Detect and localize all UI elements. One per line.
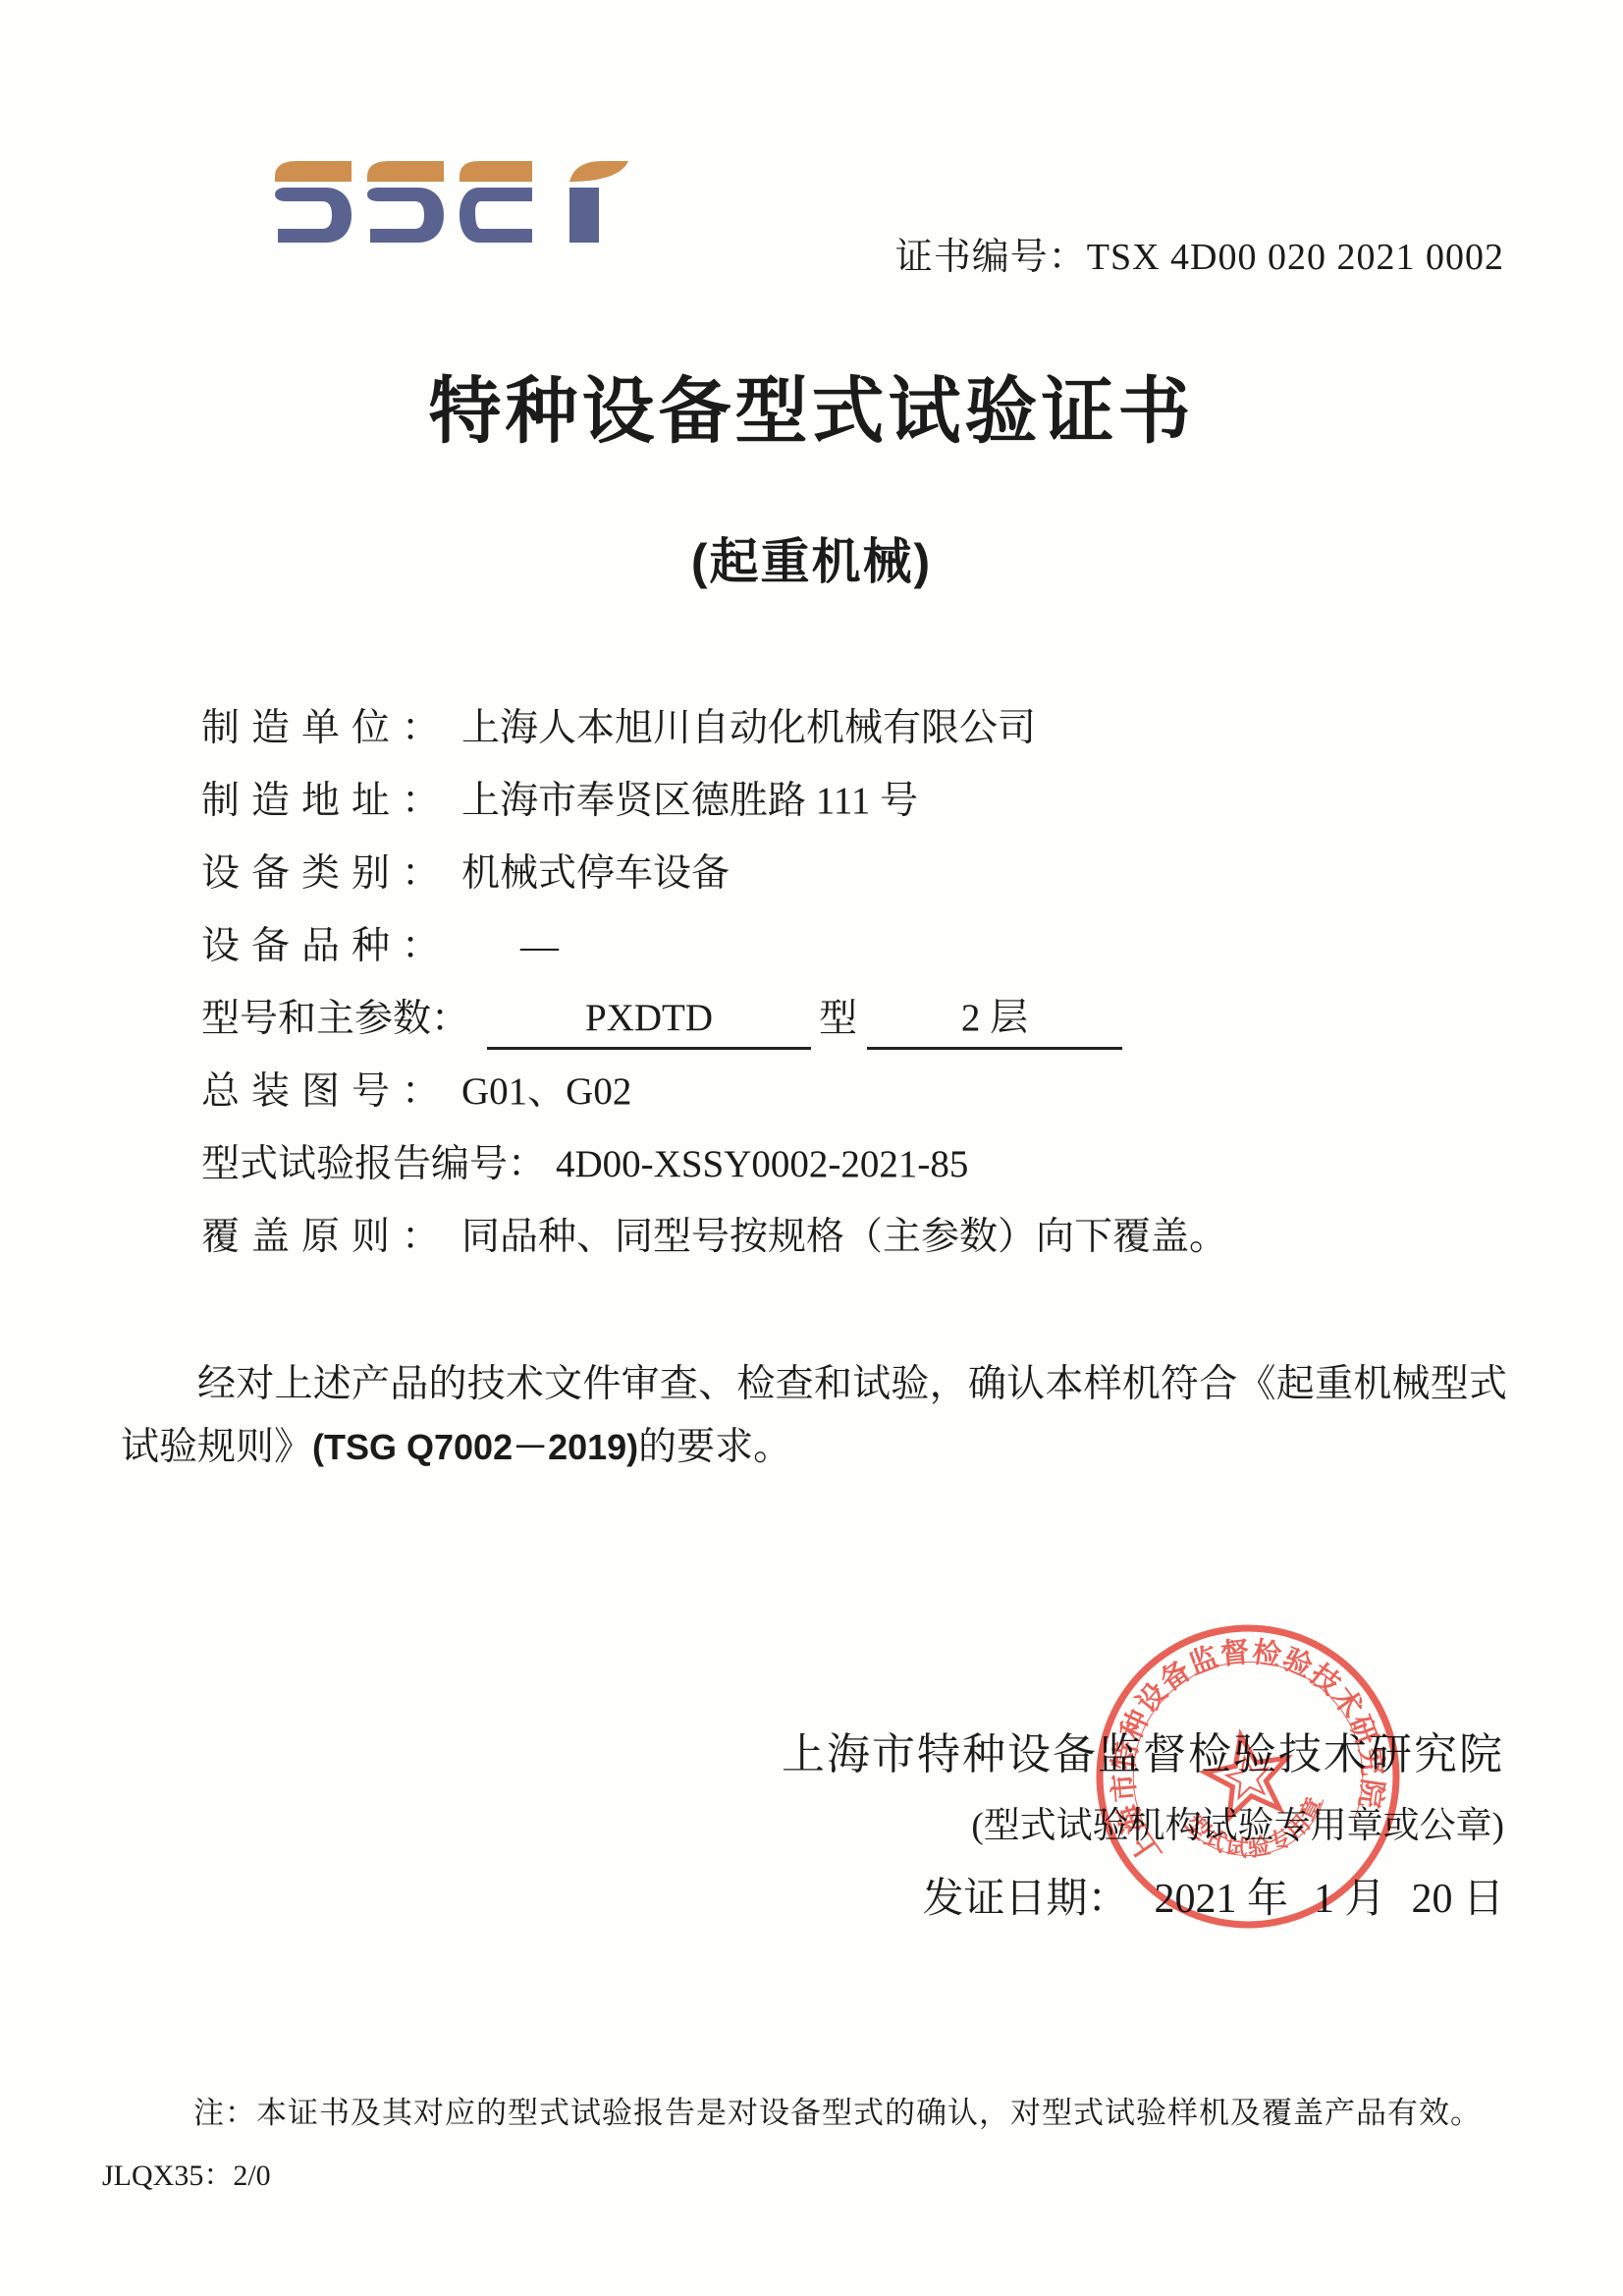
field-row-assembly-drawing: 总装图号：G01、G02 [201, 1056, 1227, 1128]
certificate-number-value: TSX 4D00 020 2021 0002 [1087, 237, 1504, 278]
issue-date-label: 发证日期： [922, 1877, 1128, 1922]
field-label: 覆盖原则： [201, 1201, 452, 1274]
logo-letter-s1 [275, 161, 352, 243]
issue-date-day: 20 日 [1411, 1877, 1504, 1922]
field-value: 同品种、同型号按规格（主参数）向下覆盖。 [461, 1216, 1227, 1258]
field-value: 上海人本旭川自动化机械有限公司 [461, 707, 1036, 749]
logo-letter-i [569, 161, 628, 243]
certificate-title: 特种设备型式试验证书 [0, 354, 1623, 458]
field-row-test-report-number: 型式试验报告编号：4D00-XSSY0002-2021-85 [201, 1128, 1227, 1201]
seal-note: (型式试验机构试验专用章或公章) [782, 1795, 1504, 1848]
certificate-page: 证书编号：TSX 4D00 020 2021 0002 特种设备型式试验证书 (… [0, 0, 1623, 2296]
field-label: 型式试验报告编号： [201, 1128, 546, 1201]
field-label: 制造单位： [201, 692, 452, 765]
certificate-number: 证书编号：TSX 4D00 020 2021 0002 [895, 226, 1504, 280]
issue-date-month: 1 月 [1314, 1877, 1386, 1922]
document-code: JLQX35：2/0 [102, 2151, 271, 2194]
spec-blank: 2 层 [867, 990, 1122, 1050]
model-blank: PXDTD [487, 990, 811, 1050]
paragraph-text: 的要求。 [638, 1426, 791, 1468]
issuing-organization: 上海市特种设备监督检验技术研究院 [782, 1719, 1504, 1781]
footnote: 注：本证书及其对应的型式试验报告是对设备型式的确认，对型式试验样机及覆盖产品有效… [193, 2088, 1482, 2132]
field-row-equipment-category: 设备类别：机械式停车设备 [201, 838, 1227, 910]
field-row-model-parameters: 型号和主参数：PXDTD型2 层 [201, 983, 1227, 1056]
ssei-logo [275, 160, 628, 244]
field-label: 总装图号： [201, 1056, 452, 1128]
standard-code: (TSG Q7002－2019) [312, 1427, 638, 1467]
field-value: 上海市奉贤区德胜路 111 号 [461, 780, 918, 822]
field-row-address: 制造地址：上海市奉贤区德胜路 111 号 [201, 765, 1227, 838]
issue-date-line: 发证日期：2021 年1 月20 日 [782, 1866, 1504, 1925]
certificate-number-label: 证书编号： [895, 237, 1087, 278]
field-list: 制造单位：上海人本旭川自动化机械有限公司 制造地址：上海市奉贤区德胜路 111 … [201, 692, 1227, 1274]
logo-letter-e [460, 161, 532, 243]
field-value: 4D00-XSSY0002-2021-85 [556, 1143, 968, 1185]
field-label: 设备品种： [201, 910, 452, 983]
field-row-coverage-principle: 覆盖原则：同品种、同型号按规格（主参数）向下覆盖。 [201, 1201, 1227, 1274]
field-value: G01、G02 [461, 1070, 631, 1113]
issue-date-year: 2021 年 [1154, 1877, 1288, 1922]
field-label: 制造地址： [201, 765, 452, 838]
confirmation-paragraph: 经对上述产品的技术文件审查、检查和试验，确认本样机符合《起重机械型式试验规则》(… [121, 1353, 1507, 1479]
certificate-subtitle: (起重机械) [0, 522, 1623, 593]
signature-block: 上海市特种设备监督检验技术研究院 (型式试验机构试验专用章或公章) 发证日期：2… [782, 1719, 1504, 1925]
field-label: 设备类别： [201, 838, 452, 910]
field-label: 型号和主参数： [201, 983, 469, 1056]
field-row-manufacturer: 制造单位：上海人本旭川自动化机械有限公司 [201, 692, 1227, 765]
field-value: — [520, 925, 559, 967]
logo-letter-s2 [367, 161, 444, 243]
model-unit: 型 [819, 998, 857, 1040]
field-row-equipment-variety: 设备品种：— [201, 910, 1227, 983]
field-value: 机械式停车设备 [461, 852, 730, 895]
